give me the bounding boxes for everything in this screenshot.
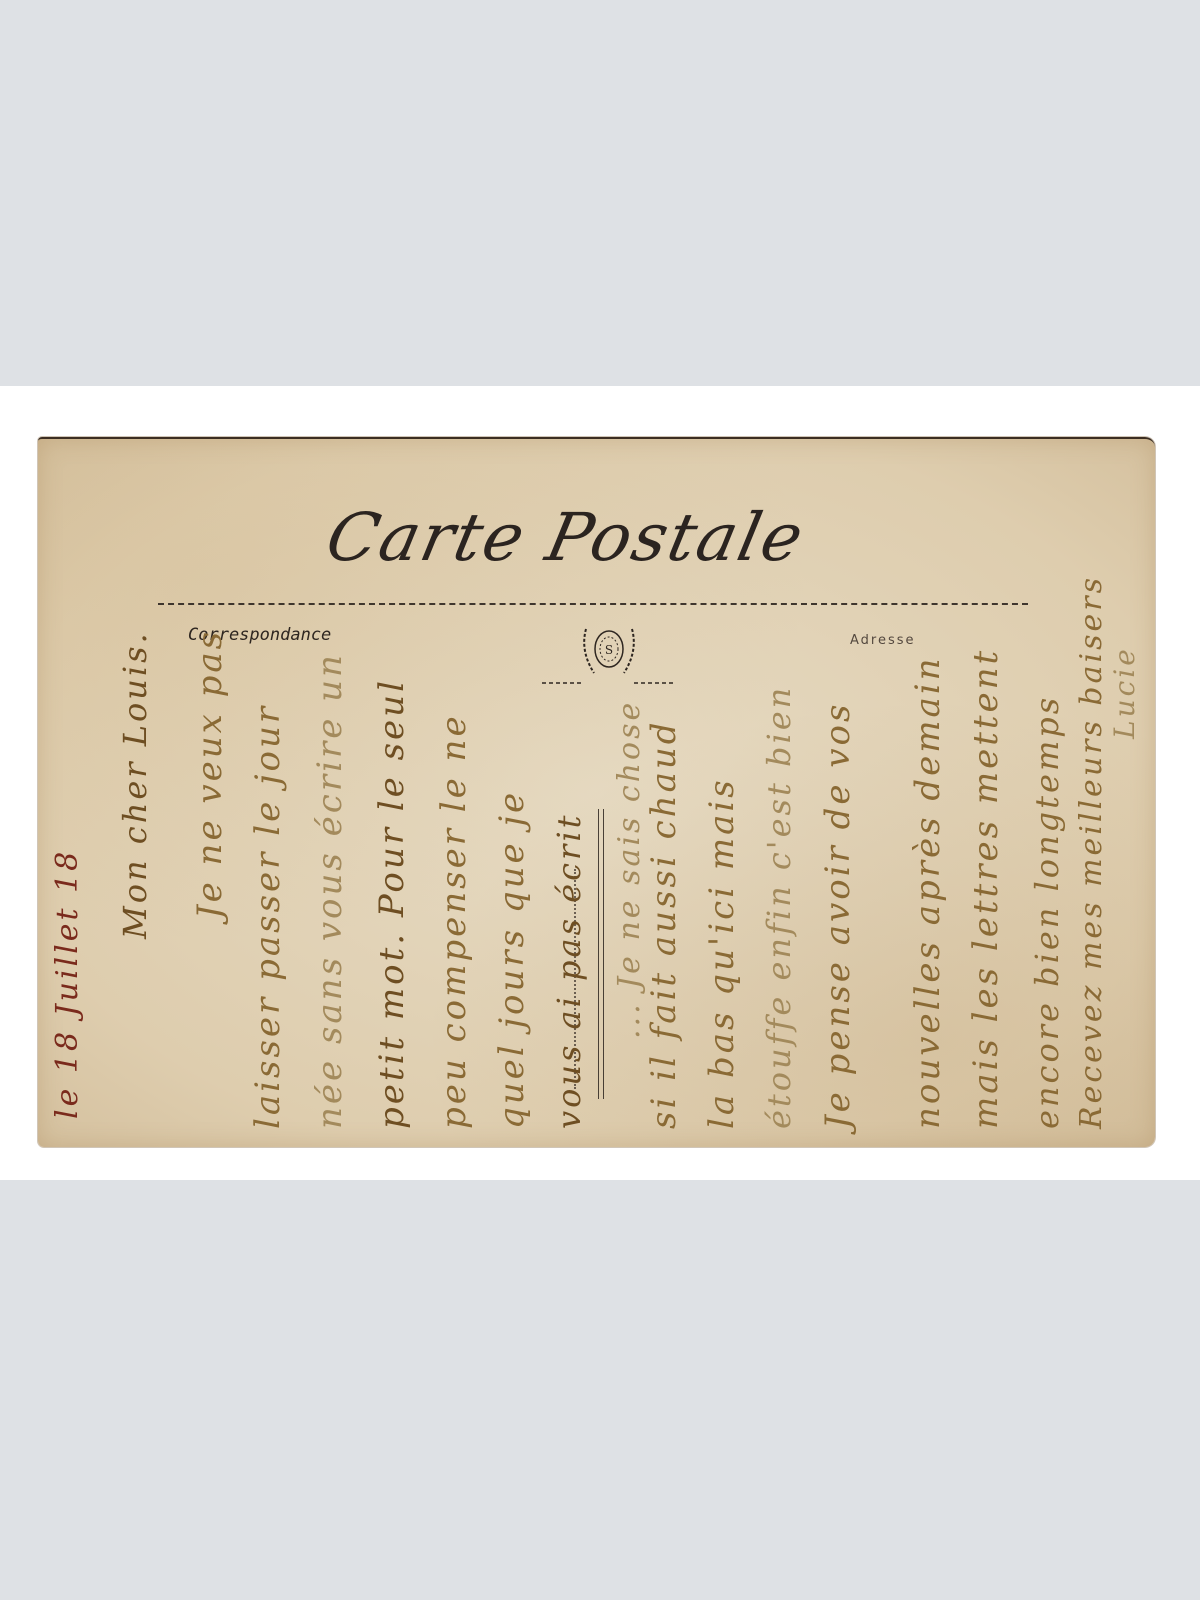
handwriting-line: nouvelles après demain (908, 655, 948, 1129)
svg-text:S: S (605, 643, 613, 657)
handwriting-line: petit mot. Pour le seul (372, 678, 412, 1129)
postcard: Carte Postale Correspondance Adresse S l… (38, 437, 1155, 1147)
address-label: Adresse (850, 633, 916, 648)
handwriting-line: la bas qu'ici mais (702, 777, 742, 1129)
handwriting-line: Mon cher Louis. (116, 630, 154, 939)
handwriting-line: Je pense avoir de vos (818, 702, 858, 1129)
handwriting-line: le 18 Juillet 18 (50, 849, 85, 1119)
handwriting-line: ... Je ne sais chose (612, 700, 647, 1039)
postcard-title: Carte Postale (320, 499, 812, 576)
handwriting-line: mais les lettres mettent (966, 648, 1006, 1129)
publisher-emblem-icon: S (534, 611, 684, 691)
handwriting-line: encore bien longtemps (1028, 695, 1066, 1129)
handwriting-line: Je ne veux pas (190, 629, 230, 919)
handwriting-line: Recevez mes meilleurs baisers (1074, 575, 1109, 1129)
handwriting-line: si il fait aussi chaud (644, 719, 684, 1129)
handwriting-line: étouffe enfin c'est bien (760, 685, 798, 1129)
handwriting-line: peu compenser le ne (434, 713, 474, 1129)
handwriting-line: née sans vous écrire un (310, 652, 350, 1129)
handwriting-line: laisser passer le jour (248, 704, 288, 1129)
handwriting-line: vous ai pas écrit (550, 813, 588, 1129)
handwriting-line: quel jours que je (492, 790, 532, 1129)
signature: Lucie (1108, 646, 1141, 739)
vertical-divider (598, 809, 604, 1099)
horizontal-rule (158, 603, 1028, 605)
